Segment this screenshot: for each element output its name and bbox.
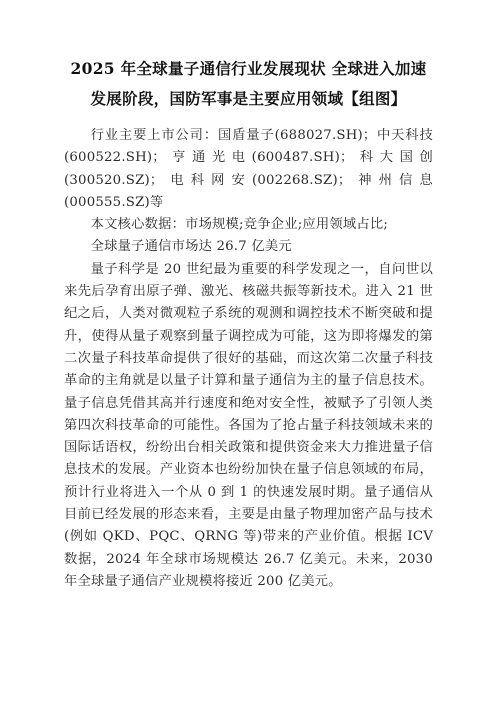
paragraph: 本文核心数据：市场规模;竞争企业;应用领域占比; bbox=[64, 214, 433, 236]
paragraph: 行业主要上市公司：国盾量子(688027.SH)；中天科技(600522.SH)… bbox=[64, 125, 433, 214]
paragraph: 全球量子通信市场达 26.7 亿美元 bbox=[64, 236, 433, 258]
document-page: 2025 年全球量子通信行业发展现状 全球进入加速发展阶段，国防军事是主要应用领… bbox=[0, 0, 496, 701]
paragraph: 量子科学是 20 世纪最为重要的科学发现之一，自问世以来先后孕育出原子弹、激光、… bbox=[64, 259, 433, 593]
article-body: 行业主要上市公司：国盾量子(688027.SH)；中天科技(600522.SH)… bbox=[64, 125, 433, 593]
article-title: 2025 年全球量子通信行业发展现状 全球进入加速发展阶段，国防军事是主要应用领… bbox=[64, 54, 433, 114]
